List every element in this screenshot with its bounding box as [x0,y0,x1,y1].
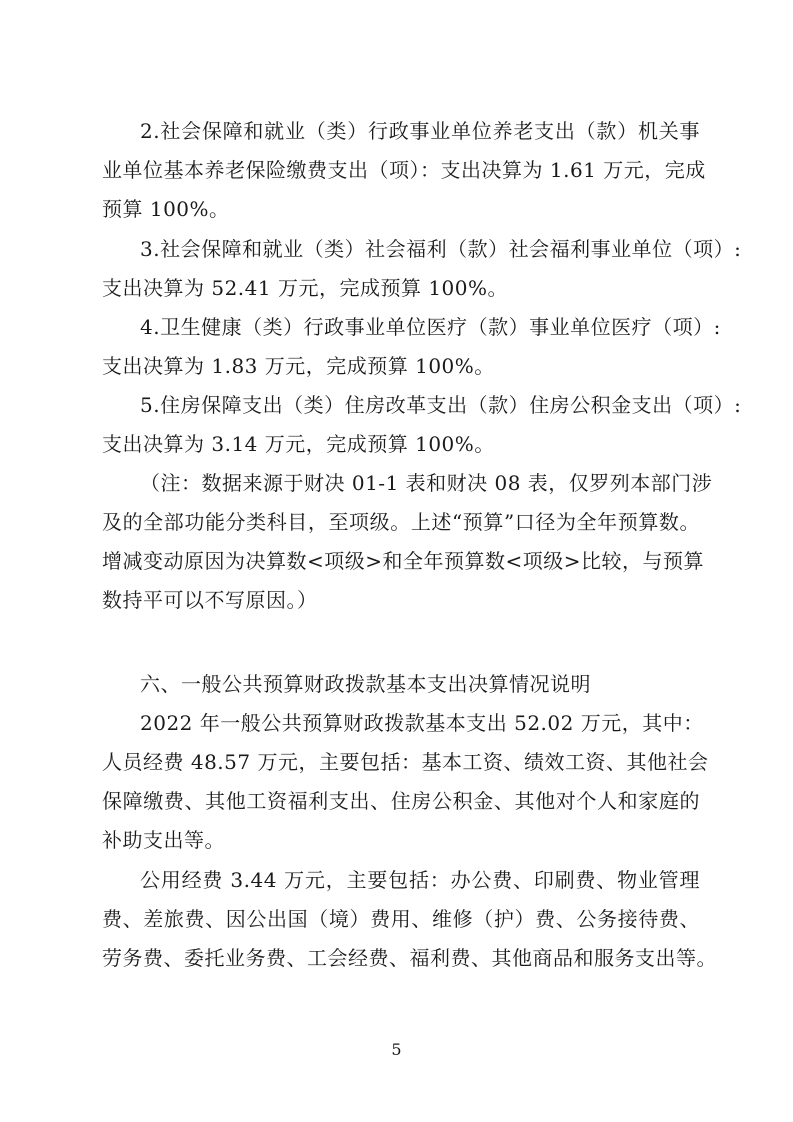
paragraph-line: 5.住房保障支出（类）住房改革支出（款）住房公积金支出（项）: [140,392,700,418]
paragraph-line: 2022 年一般公共预算财政拨款基本支出 52.02 万元，其中： [140,710,700,736]
paragraph-line: 费、差旅费、因公出国（境）费用、维修（护）费、公务接待费、 [102,906,700,932]
document-page: 2.社会保障和就业（类）行政事业单位养老支出（款）机关事 业单位基本养老保险缴费… [0,0,793,1122]
paragraph-line: 支出决算为 3.14 万元，完成预算 100%。 [102,431,700,457]
paragraph-line: 业单位基本养老保险缴费支出（项）：支出决算为 1.61 万元，完成 [102,157,700,183]
paragraph-line: 支出决算为 52.41 万元，完成预算 100%。 [102,275,700,301]
note-line: 增减变动原因为决算数<项级>和全年预算数<项级>比较，与预算 [102,548,700,574]
section-heading: 六、一般公共预算财政拨款基本支出决算情况说明 [140,671,700,697]
paragraph-line: 补助支出等。 [102,827,700,853]
paragraph-line: 人员经费 48.57 万元，主要包括：基本工资、绩效工资、其他社会 [102,749,700,775]
note-line: （注：数据来源于财决 01-1 表和财决 08 表，仅罗列本部门涉 [140,470,700,496]
paragraph-line: 预算 100%。 [102,196,700,222]
paragraph-line: 支出决算为 1.83 万元，完成预算 100%。 [102,353,700,379]
note-line: 数持平可以不写原因。） [102,587,700,613]
page-number: 5 [0,1040,793,1060]
note-line: 及的全部功能分类科目，至项级。上述“预算”口径为全年预算数。 [102,509,700,535]
paragraph-line: 4.卫生健康（类）行政事业单位医疗（款）事业单位医疗（项）: [140,314,700,340]
paragraph-line: 公用经费 3.44 万元，主要包括：办公费、印刷费、物业管理 [140,867,700,893]
paragraph-line: 保障缴费、其他工资福利支出、住房公积金、其他对个人和家庭的 [102,788,700,814]
paragraph-line: 劳务费、委托业务费、工会经费、福利费、其他商品和服务支出等。 [102,945,700,971]
paragraph-line: 2.社会保障和就业（类）行政事业单位养老支出（款）机关事 [140,118,700,144]
paragraph-line: 3.社会保障和就业（类）社会福利（款）社会福利事业单位（项）: [140,236,700,262]
